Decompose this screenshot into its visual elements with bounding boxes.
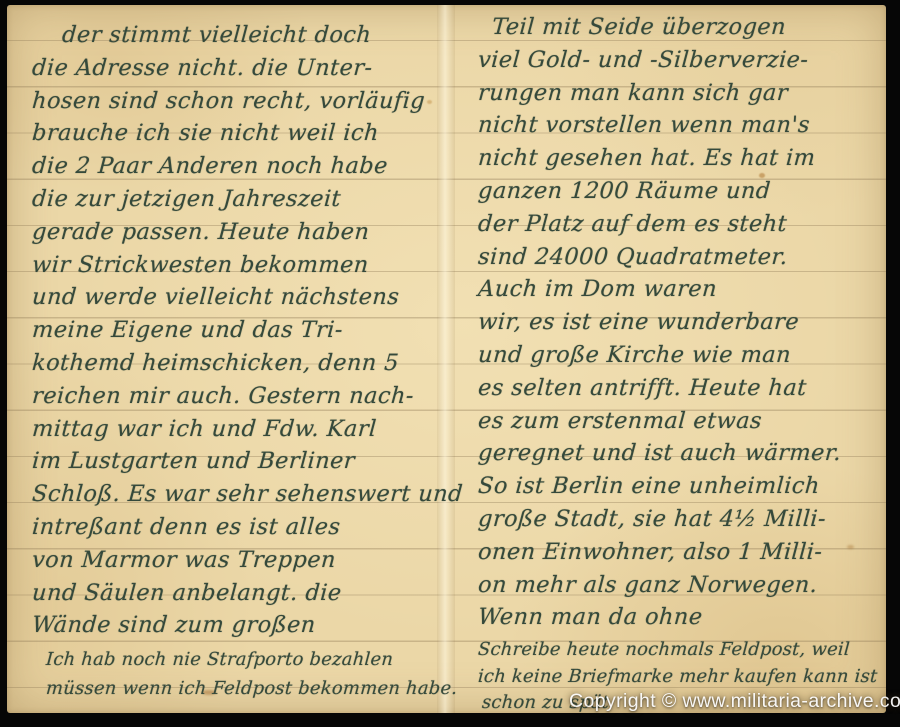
handwriting-line: intreßant denn es ist alles <box>31 511 451 544</box>
handwriting-line: Teil mit Seide überzogen <box>477 11 886 44</box>
handwriting-footnote-block: Ich hab noch nie Strafporto bezahlenmüss… <box>31 645 449 703</box>
handwriting-line: wir Strickwesten bekommen <box>31 249 451 282</box>
handwriting-line: gerade passen. Heute haben <box>31 216 451 249</box>
handwriting-line: es zum erstenmal etwas <box>477 405 886 438</box>
handwriting-line: von Marmor was Treppen <box>31 544 451 577</box>
handwriting-line: brauche ich sie nicht weil ich <box>31 117 451 150</box>
handwriting-line: So ist Berlin eine unheimlich <box>477 470 886 503</box>
handwriting-line: wir, es ist eine wunderbare <box>477 306 886 339</box>
handwriting-block: der stimmt vielleicht dochdie Adresse ni… <box>31 19 449 642</box>
handwriting-line: Schloß. Es war sehr sehenswert und <box>31 478 451 511</box>
handwriting-line: nicht vorstellen wenn man's <box>477 109 886 142</box>
handwriting-line: Ich hab noch nie Strafporto bezahlen <box>45 645 451 674</box>
handwriting-line: ganzen 1200 Räume und <box>477 175 886 208</box>
handwriting-line: Wände sind zum großen <box>31 609 451 642</box>
handwriting-line: es selten antrifft. Heute hat <box>477 372 886 405</box>
copyright-watermark: Copyright © www.militaria-archive.com <box>569 690 900 713</box>
handwriting-line: viel Gold- und -Silberverzie- <box>477 44 886 77</box>
handwriting-line: und große Kirche wie man <box>477 339 886 372</box>
handwriting-line: und Säulen anbelangt. die <box>31 577 451 610</box>
handwriting-line: große Stadt, sie hat 4½ Milli- <box>477 503 886 536</box>
handwriting-line: die 2 Paar Anderen noch habe <box>31 150 451 183</box>
handwriting-line: rungen man kann sich gar <box>477 77 886 110</box>
handwriting-line: hosen sind schon recht, vorläufig <box>31 85 451 118</box>
handwriting-line: sind 24000 Quadratmeter. <box>477 241 886 274</box>
handwriting-line: Schreibe heute nochmals Feldpost, weil <box>477 637 886 664</box>
handwriting-line: onen Einwohner, also 1 Milli- <box>477 536 886 569</box>
handwriting-line: und werde vielleicht nächstens <box>31 281 451 314</box>
handwriting-line: der Platz auf dem es steht <box>477 208 886 241</box>
handwriting-line: meine Eigene und das Tri- <box>31 314 451 347</box>
handwriting-line: reichen mir auch. Gestern nach- <box>31 380 451 413</box>
handwriting-line: der stimmt vielleicht doch <box>31 19 451 52</box>
handwriting-line: mittag war ich und Fdw. Karl <box>31 413 451 446</box>
handwriting-line: müssen wenn ich Feldpost bekommen habe. <box>45 674 451 703</box>
letter-paper: der stimmt vielleicht dochdie Adresse ni… <box>7 5 886 713</box>
letter-page-left: der stimmt vielleicht dochdie Adresse ni… <box>31 19 449 703</box>
letter-page-right: Teil mit Seide überzogenviel Gold- und -… <box>477 11 886 713</box>
handwriting-line: die zur jetzigen Jahreszeit <box>31 183 451 216</box>
handwriting-line: geregnet und ist auch wärmer. <box>477 437 886 470</box>
handwriting-line: on mehr als ganz Norwegen. <box>477 569 886 602</box>
scan-background: { "document": { "kind": "handwritten-let… <box>0 0 900 727</box>
handwriting-line: nicht gesehen hat. Es hat im <box>477 142 886 175</box>
handwriting-line: im Lustgarten und Berliner <box>31 445 451 478</box>
handwriting-block: Teil mit Seide überzogenviel Gold- und -… <box>477 11 886 634</box>
handwriting-line: ich keine Briefmarke mehr kaufen kann is… <box>477 664 886 691</box>
handwriting-line: Auch im Dom waren <box>477 273 886 306</box>
handwriting-line: Wenn man da ohne <box>477 601 886 634</box>
handwriting-line: kothemd heimschicken, denn 5 <box>31 347 451 380</box>
handwriting-line: die Adresse nicht. die Unter- <box>31 52 451 85</box>
